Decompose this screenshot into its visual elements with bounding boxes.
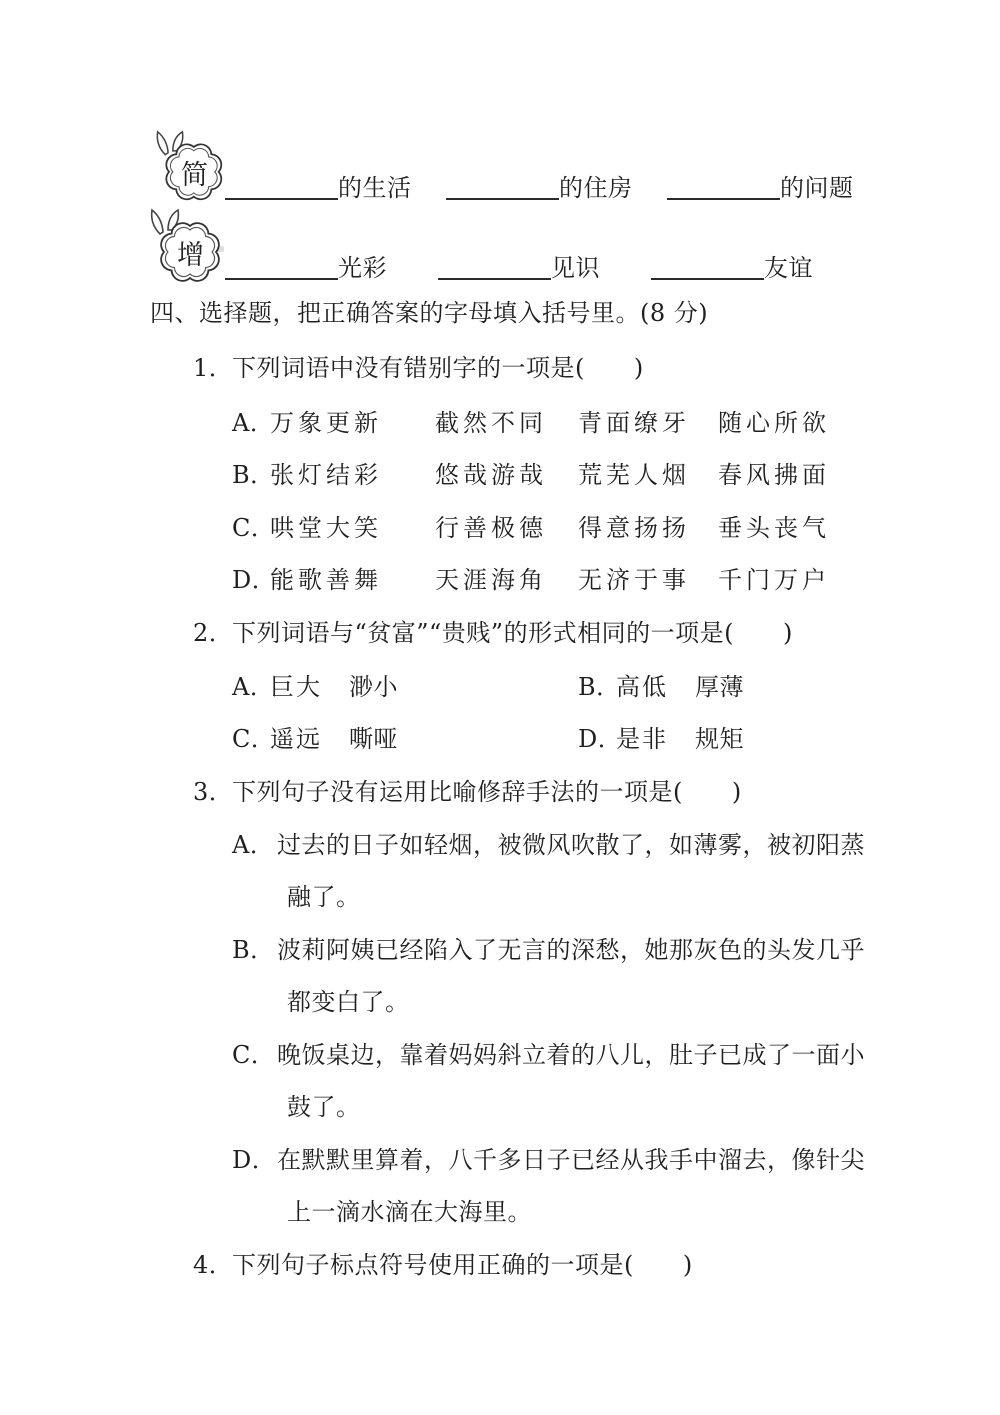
- question-number: 1．: [193, 351, 232, 385]
- option-word: 行善极德: [435, 511, 578, 545]
- fill-item: 的生活: [225, 166, 446, 205]
- q3-option-a-line2: 融了。: [287, 880, 361, 914]
- word-badge-zeng: 增: [144, 206, 228, 290]
- option-word: 高低: [616, 670, 695, 704]
- badge-character: 简: [159, 137, 230, 208]
- q2-option-c: C．遥远嘶哑: [232, 722, 398, 756]
- fill-suffix: 见识: [551, 254, 600, 282]
- fill-suffix: 的生活: [338, 174, 412, 202]
- question-number: 2．: [193, 616, 232, 650]
- option-word: 厚薄: [695, 673, 744, 701]
- q3-option-c-line1: C．晚饭桌边，靠着妈妈斜立着的八儿，肚子已成了一面小: [232, 1038, 865, 1072]
- fill-row-2: 光彩见识友谊: [225, 246, 813, 285]
- worksheet-page: 简 的生活的住房的问题 增 光彩见识友谊 四、选择题，把正确答案的字母填入括号里…: [0, 0, 1000, 1415]
- blank-line: [446, 170, 559, 200]
- option-word: 张灯结彩: [270, 458, 435, 492]
- option-word: 青面缭牙: [578, 406, 718, 440]
- q3-option-d-line1: D．在默默里算着，八千多日子已经从我手中溜去，像针尖: [232, 1143, 865, 1177]
- option-label: D．: [232, 563, 270, 597]
- q1-option-b: B．张灯结彩悠哉游哉荒芜人烟春风拂面: [232, 458, 830, 492]
- option-word: 能歌善舞: [270, 563, 435, 597]
- q3-option-a-line1: A．过去的日子如轻烟，被微风吹散了，如薄雾，被初阳蒸: [232, 828, 865, 862]
- option-label: C．: [232, 511, 270, 545]
- fill-suffix: 友谊: [764, 254, 813, 282]
- option-label: B．: [232, 458, 270, 492]
- option-word: 荒芜人烟: [578, 458, 718, 492]
- blank-line: [438, 250, 551, 280]
- question-1: 1．下列词语中没有错别字的一项是( ): [193, 351, 644, 385]
- q3-option-b-line2: 都变白了。: [287, 985, 410, 1019]
- question-stem: 下列词语中没有错别字的一项是( ): [232, 354, 644, 382]
- q2-option-d: D．是非规矩: [578, 722, 744, 756]
- option-text: 波莉阿姨已经陷入了无言的深愁，她那灰色的头发几乎: [277, 936, 865, 964]
- option-word: 巨大: [270, 670, 349, 704]
- option-label: B．: [578, 670, 616, 704]
- option-word: 哄堂大笑: [270, 511, 435, 545]
- q3-option-d-line2: 上一滴水滴在大海里。: [287, 1195, 532, 1229]
- blank-line: [225, 250, 338, 280]
- option-label: A．: [232, 670, 270, 704]
- option-word: 遥远: [270, 722, 349, 756]
- section-title: 四、选择题，把正确答案的字母填入括号里。(8 分): [150, 296, 708, 330]
- fill-item: 光彩: [225, 246, 438, 285]
- q1-option-c: C．哄堂大笑行善极德得意扬扬垂头丧气: [232, 511, 830, 545]
- fill-row-1: 的生活的住房的问题: [225, 166, 854, 205]
- q2-option-b: B．高低厚薄: [578, 670, 744, 704]
- option-word: 垂头丧气: [718, 511, 830, 545]
- q1-option-d: D．能歌善舞天涯海角无济于事千门万户: [232, 563, 830, 597]
- option-word: 规矩: [695, 725, 744, 753]
- question-3: 3．下列句子没有运用比喻修辞手法的一项是( ): [193, 775, 742, 809]
- blank-line: [225, 170, 338, 200]
- option-word: 随心所欲: [718, 406, 830, 440]
- option-text: 过去的日子如轻烟，被微风吹散了，如薄雾，被初阳蒸: [277, 831, 865, 859]
- option-word: 得意扬扬: [578, 511, 718, 545]
- q2-option-a: A．巨大渺小: [232, 670, 398, 704]
- fill-suffix: 光彩: [338, 254, 387, 282]
- q3-option-c-line2: 鼓了。: [287, 1090, 361, 1124]
- option-word: 截然不同: [435, 406, 578, 440]
- word-badge-jian: 简: [150, 128, 230, 208]
- blank-line: [667, 170, 780, 200]
- option-word: 无济于事: [578, 563, 718, 597]
- option-word: 春风拂面: [718, 458, 830, 492]
- fill-suffix: 的住房: [559, 174, 633, 202]
- option-text: 晚饭桌边，靠着妈妈斜立着的八儿，肚子已成了一面小: [277, 1041, 865, 1069]
- option-word: 是非: [616, 722, 695, 756]
- question-4: 4．下列句子标点符号使用正确的一项是( ): [193, 1248, 693, 1282]
- fill-suffix: 的问题: [780, 174, 854, 202]
- question-number: 3．: [193, 775, 232, 809]
- badge-character: 增: [153, 215, 228, 290]
- option-word: 嘶哑: [349, 725, 398, 753]
- option-word: 悠哉游哉: [435, 458, 578, 492]
- question-2: 2．下列词语与“贫富”“贵贱”的形式相同的一项是( ): [193, 616, 793, 650]
- q3-option-b-line1: B．波莉阿姨已经陷入了无言的深愁，她那灰色的头发几乎: [232, 933, 865, 967]
- option-word: 渺小: [349, 673, 398, 701]
- option-word: 万象更新: [270, 406, 435, 440]
- option-word: 天涯海角: [435, 563, 578, 597]
- option-label: B．: [232, 933, 277, 967]
- option-label: C．: [232, 722, 270, 756]
- fill-item: 的住房: [446, 166, 667, 205]
- option-word: 千门万户: [718, 563, 830, 597]
- question-stem: 下列句子没有运用比喻修辞手法的一项是( ): [232, 778, 742, 806]
- fill-item: 的问题: [667, 166, 854, 205]
- question-stem: 下列词语与“贫富”“贵贱”的形式相同的一项是( ): [232, 619, 793, 647]
- q1-option-a: A．万象更新截然不同青面缭牙随心所欲: [232, 406, 830, 440]
- question-stem: 下列句子标点符号使用正确的一项是( ): [232, 1251, 693, 1279]
- fill-item: 友谊: [651, 246, 813, 285]
- option-label: C．: [232, 1038, 277, 1072]
- option-label: D．: [578, 722, 616, 756]
- option-label: A．: [232, 406, 270, 440]
- question-number: 4．: [193, 1248, 232, 1282]
- blank-line: [651, 250, 764, 280]
- option-label: D．: [232, 1143, 277, 1177]
- option-label: A．: [232, 828, 277, 862]
- fill-item: 见识: [438, 246, 651, 285]
- option-text: 在默默里算着，八千多日子已经从我手中溜去，像针尖: [277, 1146, 865, 1174]
